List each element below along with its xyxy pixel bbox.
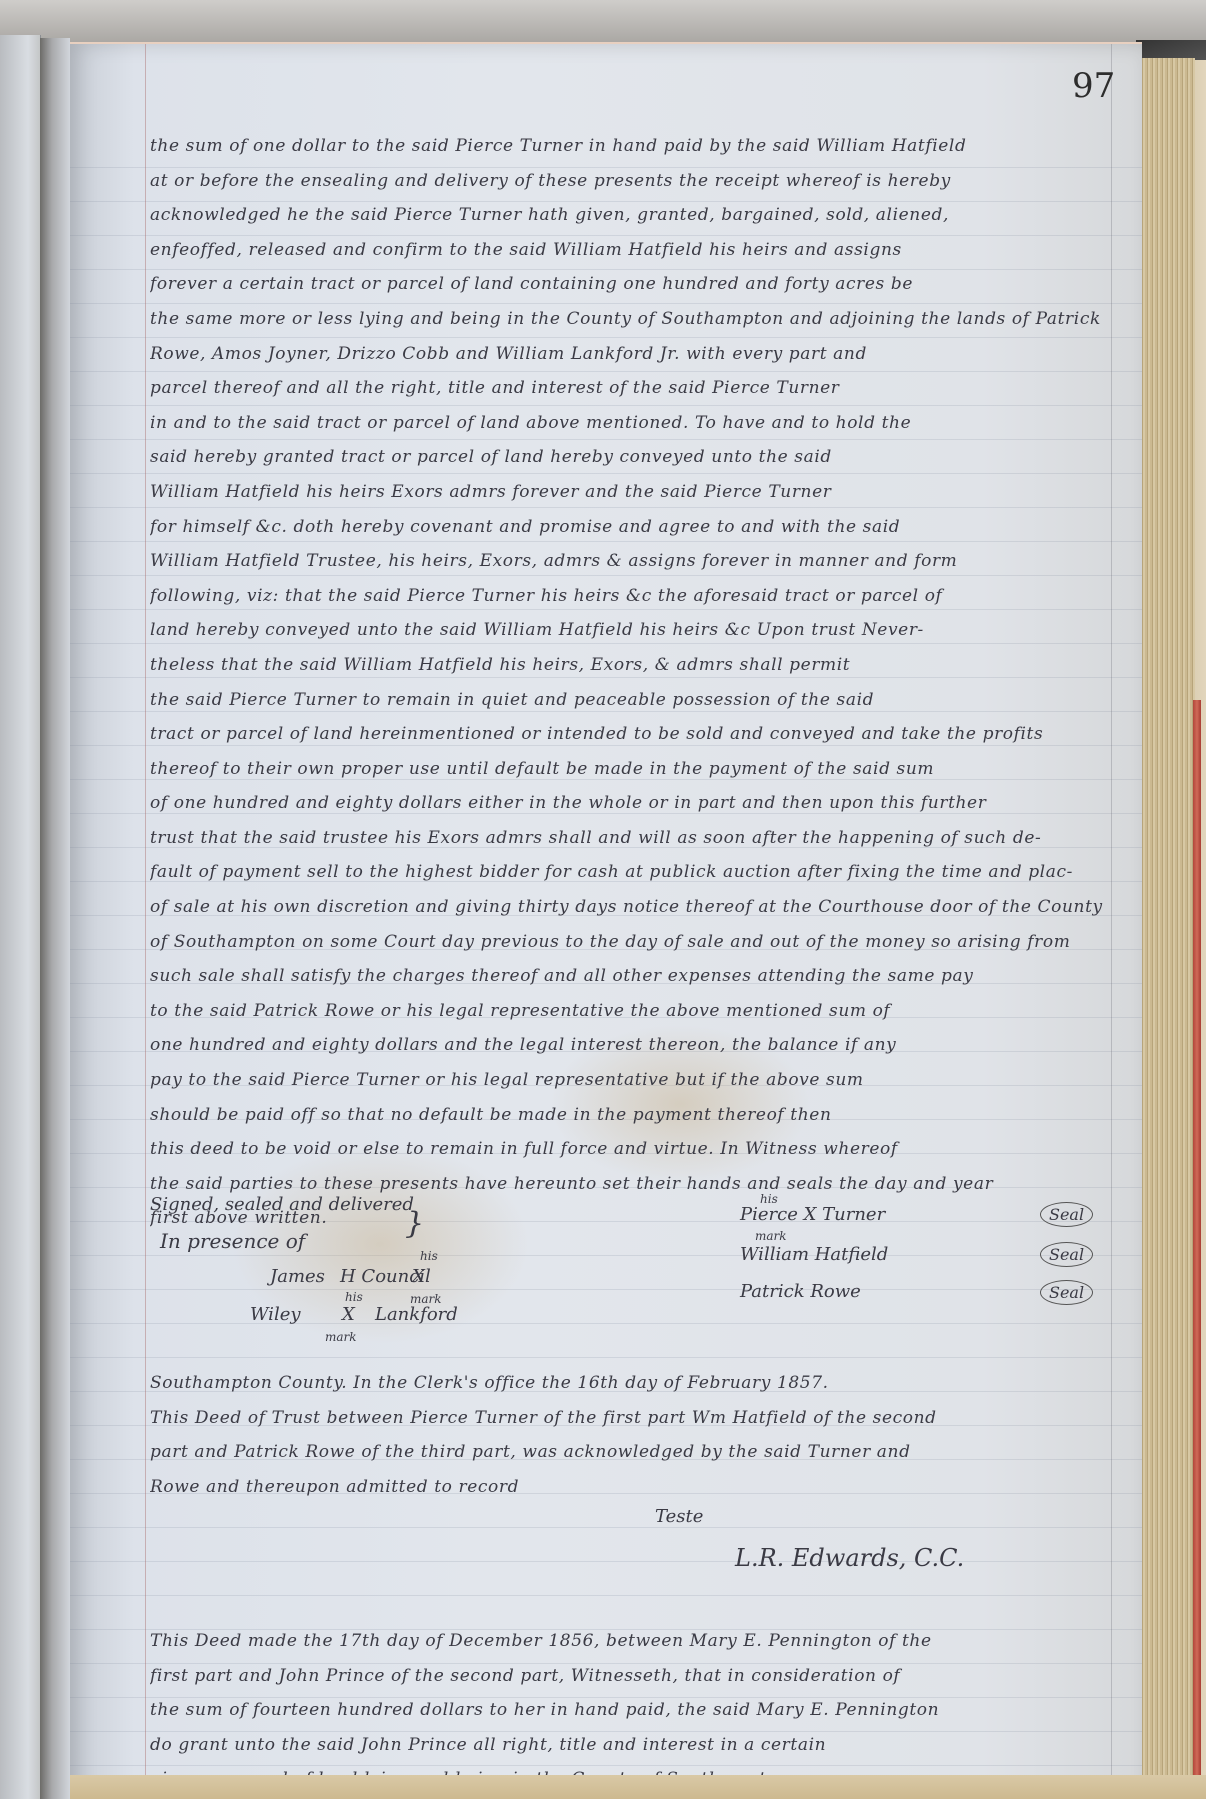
deed-of-trust-body: the sum of one dollar to the said Pierce… <box>150 129 1125 1236</box>
text-line: Southampton County. In the Clerk's offic… <box>150 1366 1125 1401</box>
seal-2: Seal <box>1040 1242 1093 1267</box>
text-line: for himself &c. doth hereby covenant and… <box>150 510 1125 545</box>
seal-3: Seal <box>1040 1280 1093 1305</box>
teste-label: Teste <box>655 1506 703 1527</box>
margin-line-left <box>145 44 146 1799</box>
table-surface <box>70 1775 1206 1799</box>
signer-2-name: William Hatfield <box>740 1244 888 1265</box>
text-line: of one hundred and eighty dollars either… <box>150 786 1125 821</box>
witness-2-his: his <box>345 1290 363 1304</box>
text-line: This Deed of Trust between Pierce Turner… <box>150 1401 1125 1436</box>
text-line: enfeoffed, released and confirm to the s… <box>150 233 1125 268</box>
attestation-in-presence: In presence of <box>160 1229 305 1253</box>
text-line: theless that the said William Hatfield h… <box>150 648 1125 683</box>
signer-3-name: Patrick Rowe <box>740 1281 861 1302</box>
text-line: such sale shall satisfy the charges ther… <box>150 959 1125 994</box>
witness-1-first: James <box>270 1266 325 1287</box>
text-line: part and Patrick Rowe of the third part,… <box>150 1435 1125 1470</box>
text-line: fault of payment sell to the highest bid… <box>150 855 1125 890</box>
text-line: Rowe and thereupon admitted to record <box>150 1470 1125 1505</box>
text-line: at or before the ensealing and delivery … <box>150 164 1125 199</box>
witness-1-last: H Council <box>340 1266 431 1287</box>
seal-1: Seal <box>1040 1202 1093 1227</box>
witness-1-his: his <box>420 1249 438 1263</box>
text-line: one hundred and eighty dollars and the l… <box>150 1028 1125 1063</box>
text-line: should be paid off so that no default be… <box>150 1098 1125 1133</box>
witness-2-last: Lankford <box>375 1304 458 1325</box>
red-binding-strip <box>1193 700 1201 1780</box>
ledger-page: 97 the sum of one dollar to the said Pie… <box>70 42 1142 1799</box>
signer-1-mark: mark <box>755 1229 787 1243</box>
clerk-signature: L.R. Edwards, C.C. <box>735 1544 964 1572</box>
text-line: the said Pierce Turner to remain in quie… <box>150 683 1125 718</box>
text-line: trust that the said trustee his Exors ad… <box>150 821 1125 856</box>
text-line: acknowledged he the said Pierce Turner h… <box>150 198 1125 233</box>
text-line: Rowe, Amos Joyner, Drizzo Cobb and Willi… <box>150 337 1125 372</box>
text-line: pay to the said Pierce Turner or his leg… <box>150 1063 1125 1098</box>
signer-1-name: Pierce X Turner <box>740 1204 885 1225</box>
text-line: of sale at his own discretion and giving… <box>150 890 1125 925</box>
text-line: said hereby granted tract or parcel of l… <box>150 440 1125 475</box>
book-gutter <box>40 38 70 1799</box>
text-line: William Hatfield his heirs Exors admrs f… <box>150 475 1125 510</box>
new-deed-body: This Deed made the 17th day of December … <box>150 1624 1125 1797</box>
witness-2-mark-x: X <box>342 1304 355 1325</box>
witness-2-first: Wiley <box>250 1304 301 1325</box>
left-facing-page-edge <box>0 35 41 1799</box>
attestation-signed-sealed: Signed, sealed and delivered <box>150 1194 414 1215</box>
text-line: of Southampton on some Court day previou… <box>150 925 1125 960</box>
text-line: the same more or less lying and being in… <box>150 302 1125 337</box>
text-line: the sum of one dollar to the said Pierce… <box>150 129 1125 164</box>
text-line: William Hatfield Trustee, his heirs, Exo… <box>150 544 1125 579</box>
text-line: in and to the said tract or parcel of la… <box>150 406 1125 441</box>
page-edges <box>1140 58 1195 1799</box>
page-number: 97 <box>1072 66 1115 106</box>
text-line: parcel thereof and all the right, title … <box>150 371 1125 406</box>
text-line: This Deed made the 17th day of December … <box>150 1624 1125 1659</box>
text-line: this deed to be void or else to remain i… <box>150 1132 1125 1167</box>
text-line: land hereby conveyed unto the said Willi… <box>150 613 1125 648</box>
text-line: tract or parcel of land hereinmentioned … <box>150 717 1125 752</box>
text-line: the sum of fourteen hundred dollars to h… <box>150 1693 1125 1728</box>
attestation-brace: } <box>405 1206 424 1241</box>
text-line: following, viz: that the said Pierce Tur… <box>150 579 1125 614</box>
text-line: to the said Patrick Rowe or his legal re… <box>150 994 1125 1029</box>
text-line: thereof to their own proper use until de… <box>150 752 1125 787</box>
clerk-certificate: Southampton County. In the Clerk's offic… <box>150 1366 1125 1504</box>
text-line: first part and John Prince of the second… <box>150 1659 1125 1694</box>
witness-2-mark-label: mark <box>325 1330 357 1344</box>
text-line: forever a certain tract or parcel of lan… <box>150 267 1125 302</box>
text-line: do grant unto the said John Prince all r… <box>150 1728 1125 1763</box>
